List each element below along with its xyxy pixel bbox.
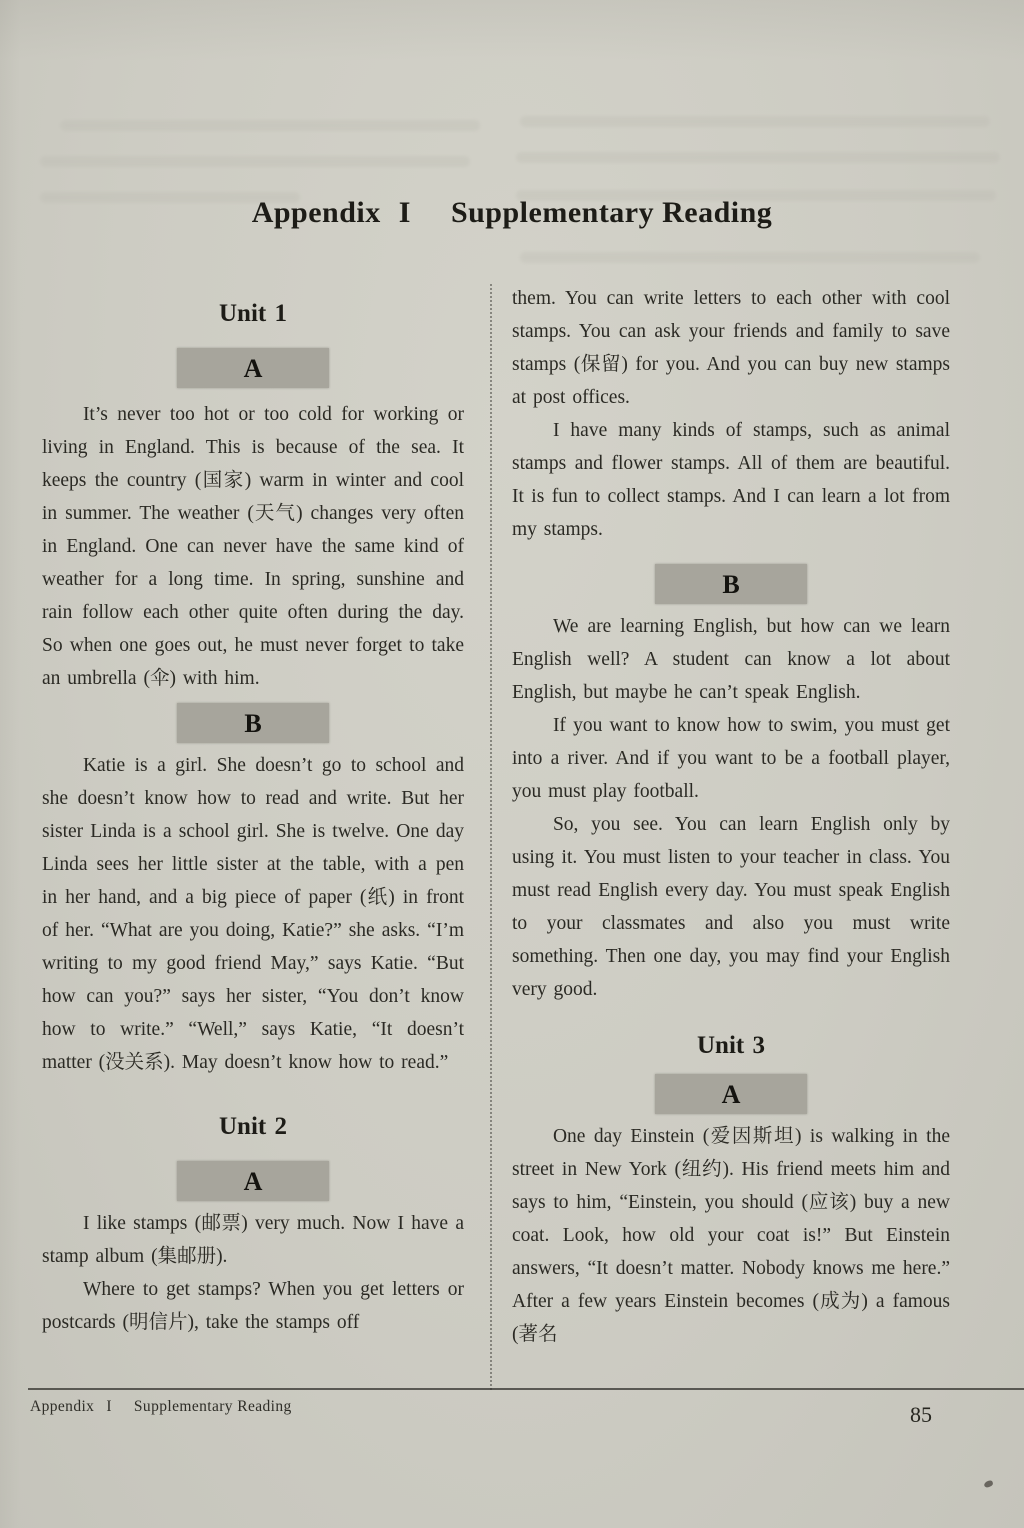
- unit1-section-a-label: A: [244, 352, 263, 385]
- unit2-section-b-paragraph-3: So, you see. You can learn English only …: [512, 808, 950, 1006]
- footer-rule: [28, 1388, 1024, 1390]
- left-column: Unit 1 A It’s never too hot or too cold …: [42, 296, 464, 1339]
- page-title: Appendix I Supplementary Reading: [0, 196, 1024, 230]
- unit1-section-a-paragraph: It’s never too hot or too cold for worki…: [42, 398, 464, 695]
- footer-numeral: I: [106, 1398, 112, 1416]
- right-column: them. You can write letters to each othe…: [512, 282, 950, 1351]
- page-number: 85: [910, 1402, 932, 1428]
- page-title-subtitle: Supplementary Reading: [451, 196, 772, 230]
- unit3-section-a-paragraph: One day Einstein (爱因斯坦) is walking in th…: [512, 1120, 950, 1351]
- unit3-section-a-label: A: [722, 1078, 741, 1111]
- unit2-section-a-paragraph-3: I have many kinds of stamps, such as ani…: [512, 414, 950, 546]
- unit2-section-b-label: B: [722, 568, 739, 601]
- unit1-section-b-label: B: [244, 707, 261, 740]
- unit3-heading: Unit 3: [512, 1028, 950, 1064]
- footer-appendix: Appendix: [30, 1398, 94, 1416]
- page-title-appendix: Appendix: [252, 196, 381, 230]
- bleed-through-text: [40, 156, 470, 167]
- unit2-section-b-paragraph-2: If you want to know how to swim, you mus…: [512, 709, 950, 808]
- bleed-through-text: [520, 116, 990, 127]
- page-title-numeral: I: [399, 196, 411, 230]
- unit2-section-a-paragraph-1: I like stamps (邮票) very much. Now I have…: [42, 1207, 464, 1273]
- unit2-section-a-bar: A: [177, 1161, 329, 1201]
- unit2-section-b-paragraph-1: We are learning English, but how can we …: [512, 610, 950, 709]
- unit2-section-b-bar: B: [655, 564, 807, 604]
- bleed-through-text: [520, 252, 980, 263]
- bleed-through-text: [516, 152, 1000, 163]
- unit1-section-a-bar: A: [177, 348, 329, 388]
- unit2-heading: Unit 2: [42, 1109, 464, 1145]
- unit1-section-b-bar: B: [177, 703, 329, 743]
- scanned-book-page: Appendix I Supplementary Reading Unit 1 …: [0, 0, 1024, 1528]
- unit3-section-a-bar: A: [655, 1074, 807, 1114]
- footer-subtitle: Supplementary Reading: [134, 1398, 292, 1416]
- bleed-through-text: [60, 120, 480, 131]
- unit2-section-a-paragraph-2: Where to get stamps? When you get letter…: [42, 1273, 464, 1339]
- footer-running-title: Appendix I Supplementary Reading: [30, 1398, 292, 1416]
- unit2-section-a-paragraph-2-continued: them. You can write letters to each othe…: [512, 282, 950, 414]
- column-divider-dotted-line: [490, 284, 492, 1390]
- unit1-heading: Unit 1: [42, 296, 464, 332]
- unit1-section-b-paragraph: Katie is a girl. She doesn’t go to schoo…: [42, 749, 464, 1079]
- ink-speck: [983, 1480, 994, 1489]
- unit2-section-a-label: A: [244, 1165, 263, 1198]
